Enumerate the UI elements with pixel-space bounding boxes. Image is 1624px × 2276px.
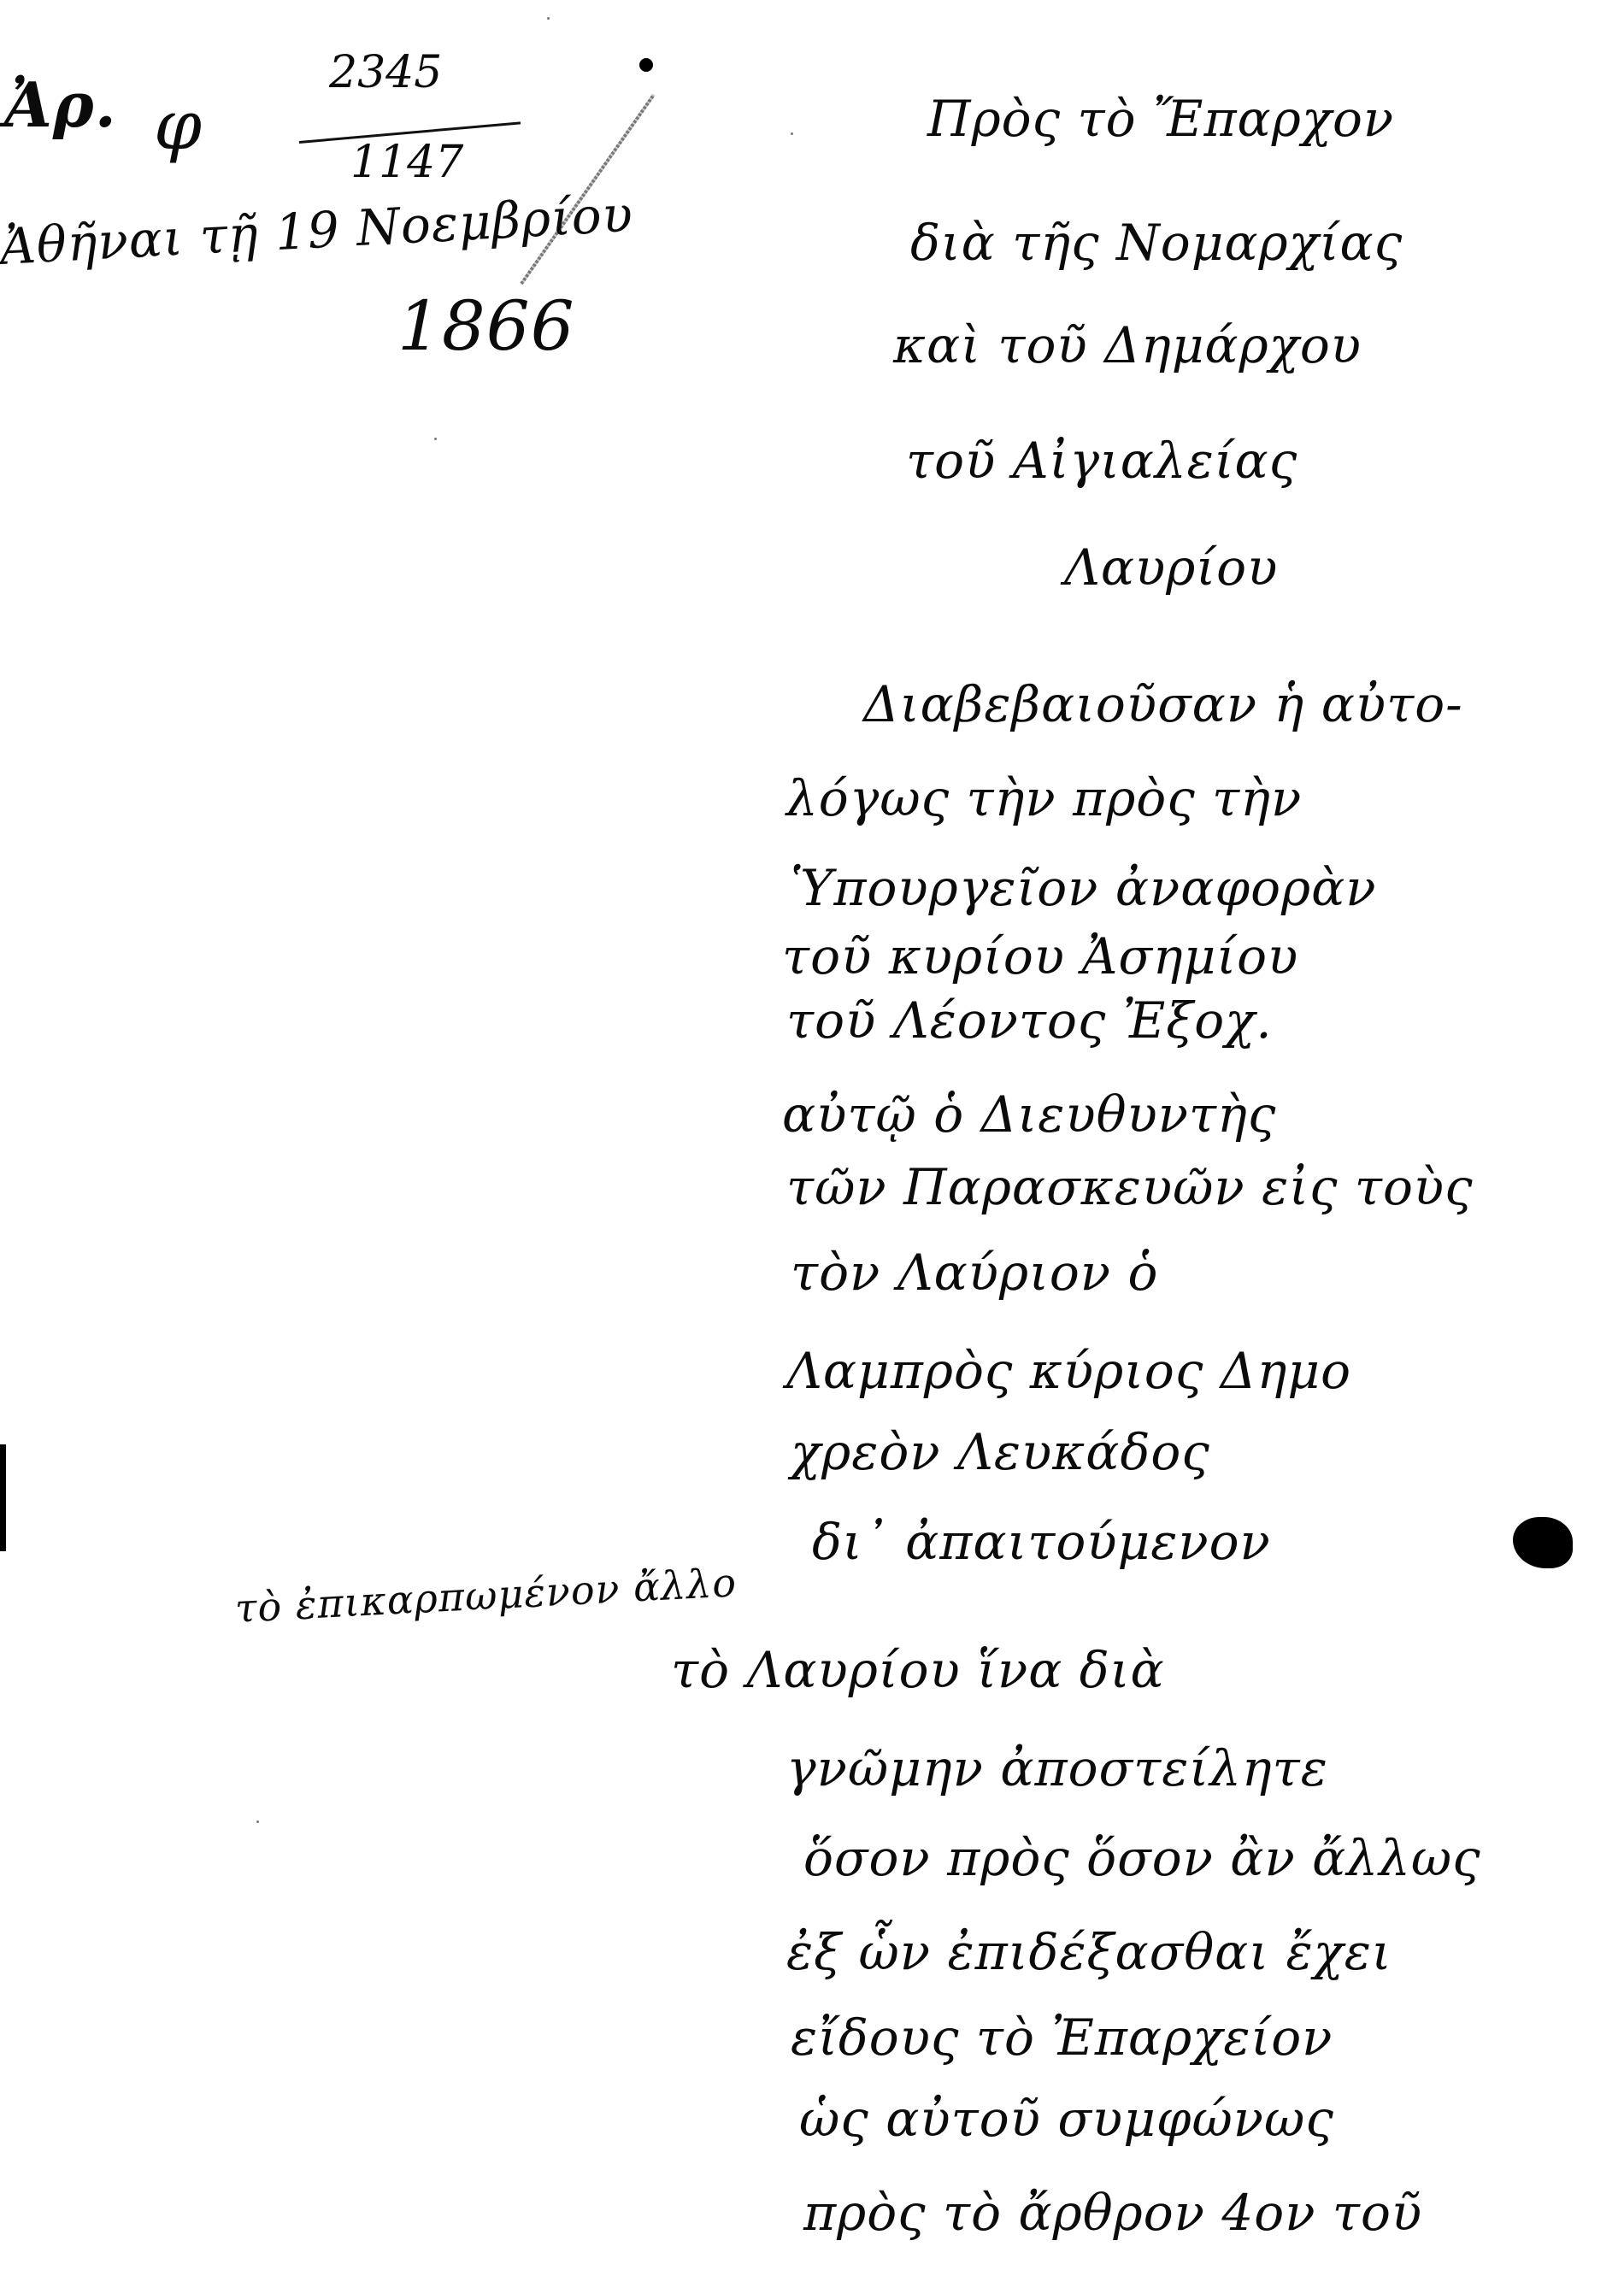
scan-speck: [256, 1820, 259, 1823]
body-line-18: πρὸς τὸ ἄρθρον 4ον τοῦ: [803, 2184, 1422, 2242]
binding-edge-mark: [0, 1444, 6, 1551]
body-line-6: αὐτῷ ὁ Διευθυντὴς: [782, 1085, 1276, 1144]
addressee-line-4: τοῦ Αἰγιαλείας: [906, 432, 1297, 490]
body-line-15: ἐξ ὧν ἐπιδέξασθαι ἔχει: [786, 1923, 1392, 1981]
body-line-17: ὡς αὐτοῦ συμφώνως: [799, 2090, 1334, 2148]
body-line-8: τὸν Λαύριον ὁ: [791, 1244, 1158, 1302]
body-line-10: χρεὸν Λευκάδος: [791, 1423, 1210, 1481]
ref-numerator: 2345: [329, 47, 442, 98]
scan-speck: [547, 17, 550, 20]
year: 1866: [397, 286, 575, 366]
addressee-line-3: καὶ τοῦ Δημάρχου: [893, 316, 1362, 374]
addressee-line-1: Πρὸς τὸ Ἔπαρχον: [927, 90, 1394, 148]
body-line-2: λόγως τὴν πρὸς τὴν: [786, 769, 1302, 827]
scan-speck: [791, 132, 793, 135]
body-line-7: τῶν Παρασκευῶν εἰς τοὺς: [786, 1158, 1474, 1216]
ink-dot: [639, 58, 653, 72]
margin-note: τὸ ἐπικαρπωμένον ἄλλο: [234, 1559, 738, 1632]
addressee-line-2: διὰ τῆς Νομαρχίας: [910, 214, 1403, 272]
body-line-16: εἴδους τὸ Ἐπαρχείον: [791, 2008, 1333, 2067]
body-line-12: τὸ Λαυρίου ἵνα διὰ: [671, 1641, 1165, 1699]
manuscript-page: Ἀρ. φ 2345 1147 Ἀθῆναι τῇ 19 Νοεμβρίου 1…: [0, 0, 1624, 2276]
body-line-11: δι᾽ ἀπαιτούμενον: [812, 1513, 1271, 1571]
body-line-3: Ὑπουργεῖον ἀναφορὰν: [791, 859, 1377, 917]
scan-speck: [434, 438, 437, 440]
body-line-13: γνῶμην ἀποστείλητε: [786, 1739, 1328, 1797]
body-line-1: Διαβεβαιοῦσαν ἡ αὐτο-: [863, 675, 1463, 733]
body-line-9: Λαμπρὸς κύριος Δημο: [786, 1342, 1351, 1400]
ref-denominator: 1147: [350, 137, 463, 188]
body-line-14: ὅσον πρὸς ὅσον ἂν ἄλλως: [803, 1829, 1481, 1887]
ref-abbrev: φ: [154, 85, 203, 165]
ink-blot: [1513, 1517, 1573, 1568]
ref-prefix: Ἀρ.: [4, 68, 117, 141]
body-line-4: τοῦ κυρίου Ἀσημίου: [782, 927, 1298, 985]
place-date: Ἀθῆναι τῇ 19 Νοεμβρίου: [0, 185, 634, 276]
body-line-5: τοῦ Λέοντος Ἐξοχ.: [786, 991, 1273, 1050]
addressee-line-5: Λαυρίου: [1064, 538, 1278, 597]
